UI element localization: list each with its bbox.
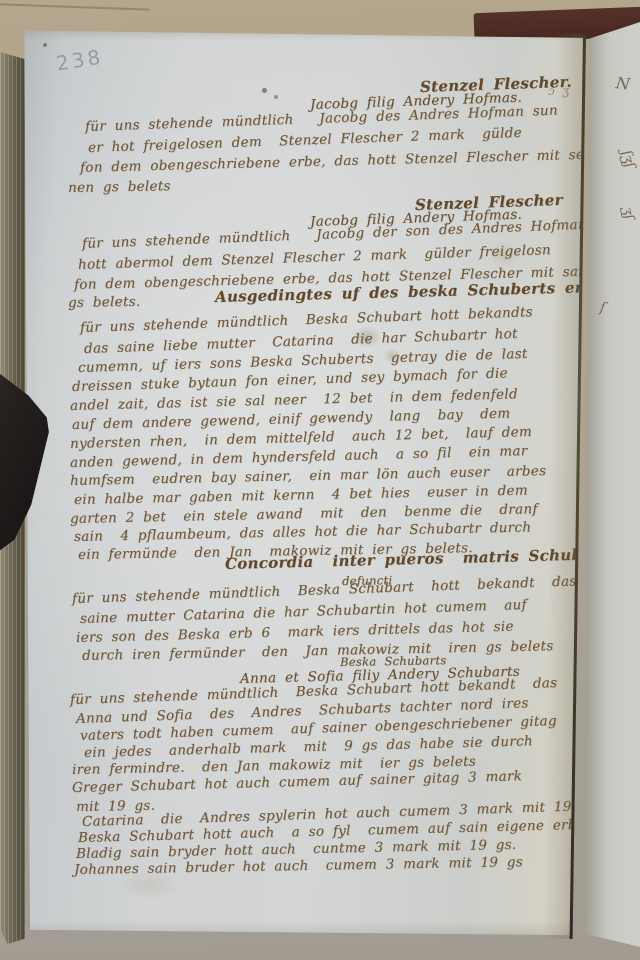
facing-page-text-fragment: ʒʃ <box>619 206 637 220</box>
manuscript-line: gs belets. <box>68 294 141 311</box>
facing-page-text-fragment: N <box>615 73 632 94</box>
manuscript-line: nen gs belets <box>68 178 171 196</box>
table-crack <box>0 3 150 10</box>
manuscript-photo: 238 Stenzel Flescher. Jacobg filig Ander… <box>0 0 640 960</box>
